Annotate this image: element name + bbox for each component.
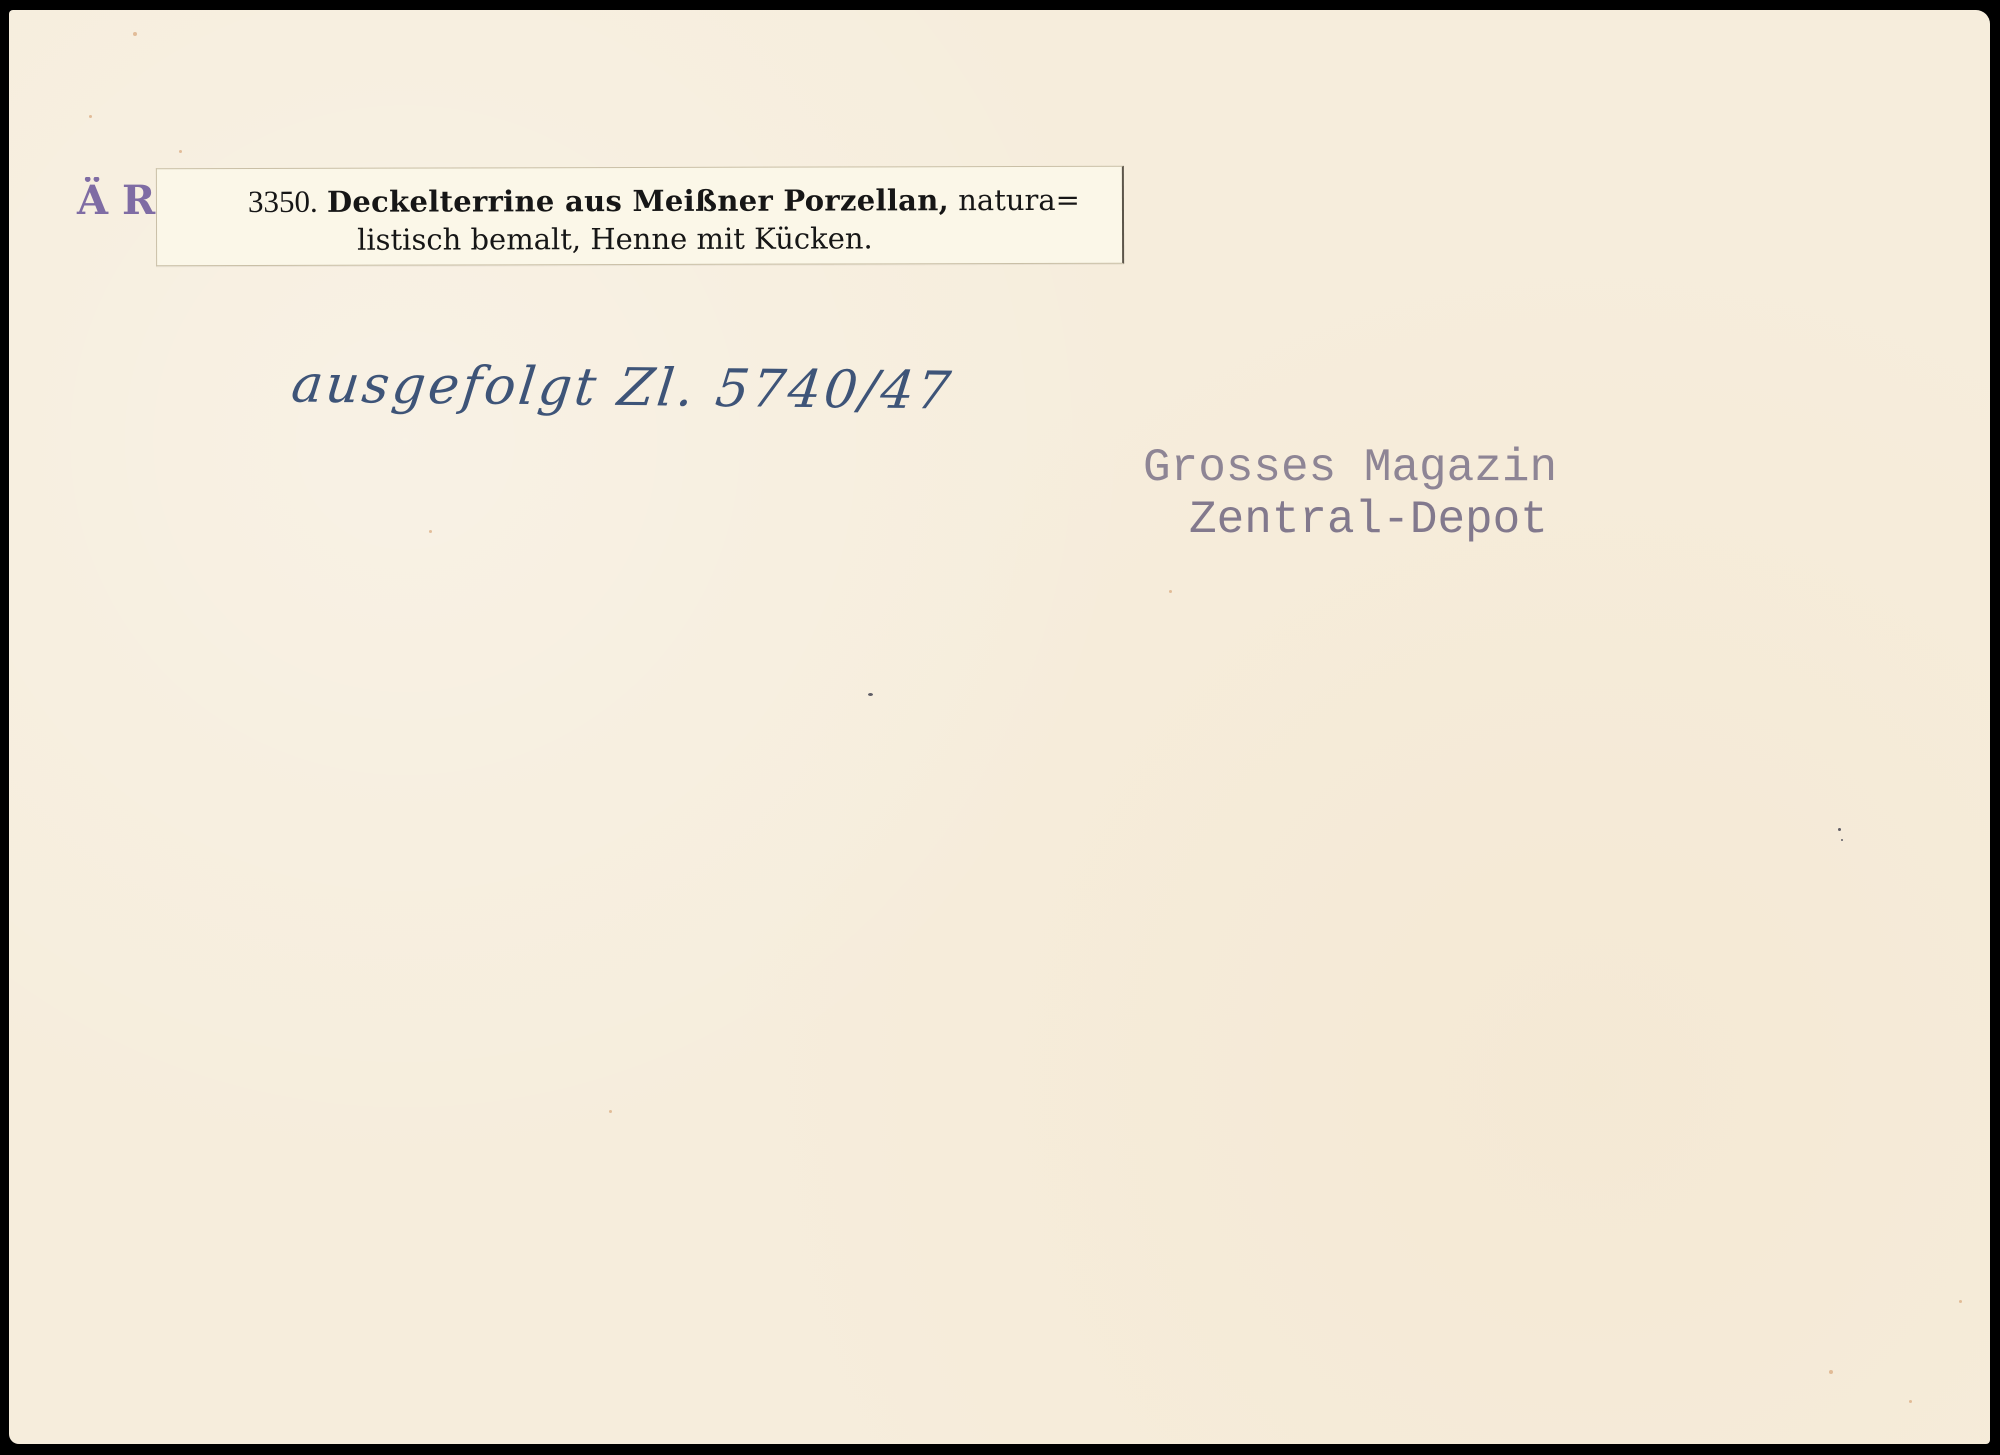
index-card: ÄR 3350. Deckelterrine aus Meißner Porze… <box>9 10 1990 1444</box>
paper-speck <box>89 115 92 118</box>
handwritten-note: ausgefolgt Zl. 5740/47 <box>289 355 957 422</box>
paper-speck <box>1841 839 1843 841</box>
lot-number: 3350. <box>248 184 318 219</box>
paper-speck <box>1829 1370 1833 1374</box>
item-title: Deckelterrine aus Meißner Porzellan, <box>327 183 949 219</box>
paper-speck <box>1909 1400 1912 1403</box>
depot-stamp-line-2: Zentral-Depot <box>1143 494 1557 546</box>
paper-speck <box>609 1110 612 1113</box>
paper-speck <box>1838 828 1841 831</box>
paper-speck <box>429 530 432 533</box>
catalog-label-line-1: 3350. Deckelterrine aus Meißner Porzella… <box>248 182 1080 220</box>
item-description-start: natura= <box>949 183 1080 217</box>
paper-speck <box>1959 1300 1962 1303</box>
paper-speck <box>1169 590 1172 593</box>
paper-speck <box>868 693 873 696</box>
catalog-label: 3350. Deckelterrine aus Meißner Porzella… <box>156 166 1124 267</box>
paper-speck <box>133 32 137 36</box>
paper-speck <box>179 150 182 153</box>
depot-stamp: Grosses MagazinZentral-Depot <box>1143 442 1557 546</box>
depot-stamp-line-1: Grosses Magazin <box>1143 442 1557 494</box>
catalog-label-line-2: listisch bemalt, Henne mit Kücken. <box>357 221 873 256</box>
